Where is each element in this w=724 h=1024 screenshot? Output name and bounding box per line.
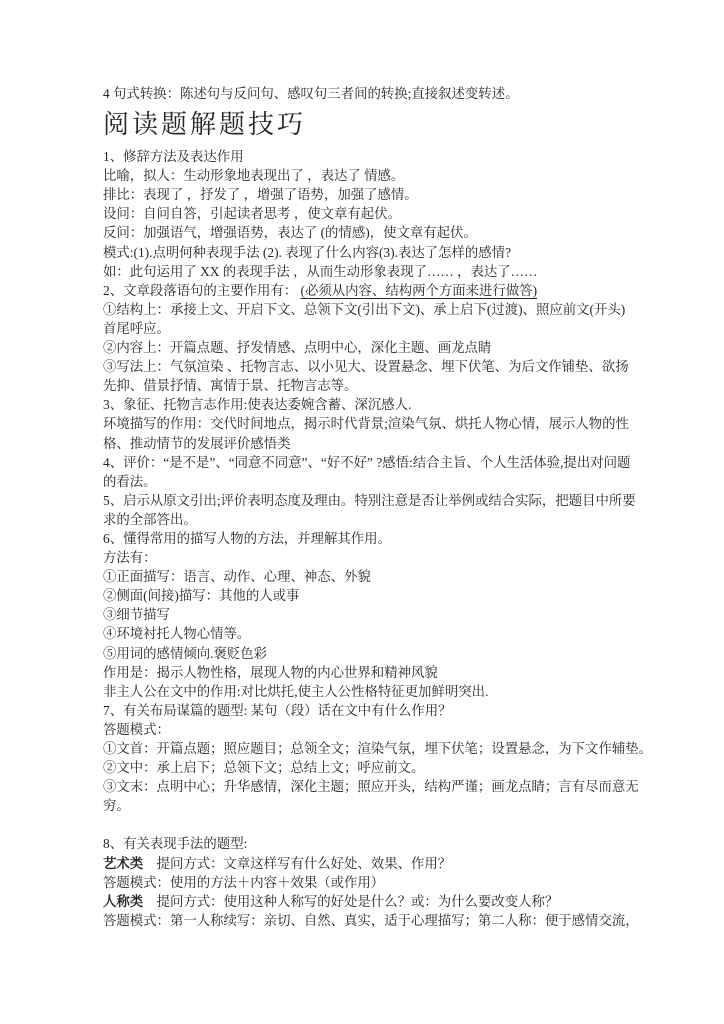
text-run: 模式:(1).点明何种表现手法 (2). 表现了什么内容(3).表达了怎样的感情… bbox=[103, 245, 511, 260]
text-run: 非主人公在文中的作用:对比烘托,使主人公性格特征更加鲜明突出. bbox=[103, 684, 488, 699]
text-run: 1、修辞方法及表达作用 bbox=[103, 149, 244, 164]
document-content: 4 句式转换：陈述句与反问句、感叹句三者间的转换;直接叙述变转述。 阅读题解题技… bbox=[103, 84, 627, 930]
pre-title-lines: 4 句式转换：陈述句与反问句、感叹句三者间的转换;直接叙述变转述。 bbox=[103, 84, 627, 103]
text-line: ②内容上：开篇点题、抒发情感、点明中心，深化主题、画龙点睛 bbox=[103, 338, 627, 357]
text-run: 穷。 bbox=[103, 798, 130, 813]
blank-line bbox=[103, 815, 627, 834]
text-line: 8、有关表现手法的题型: bbox=[103, 834, 627, 853]
text-run: 艺术类 bbox=[103, 856, 143, 871]
text-line: ②侧面(间接)描写：其他的人或事 bbox=[103, 586, 627, 605]
text-line: 排比：表现了 ，抒发了 ，增强了语势，加强了感情。 bbox=[103, 185, 627, 204]
text-run: ④环境衬托人物心情等。 bbox=[103, 626, 250, 641]
text-line: 先抑、借景抒情、寓情于景、托物言志等。 bbox=[103, 376, 627, 395]
text-line: 2、文章段落语句的主要作用有： (必须从内容、结构两个方面来进行做答) bbox=[103, 281, 627, 300]
text-run: ②侧面(间接)描写：其他的人或事 bbox=[103, 588, 299, 603]
text-line: 的看法。 bbox=[103, 472, 627, 491]
text-run: 提问方式：文章这样写有什么好处、效果、作用？ bbox=[143, 856, 451, 871]
text-line: ③文末：点明中心；升华感情，深化主题；照应开头，结构严谨；画龙点睛；言有尽而意无 bbox=[103, 777, 627, 796]
text-run: ③文末：点明中心；升华感情，深化主题；照应开头，结构严谨；画龙点睛；言有尽而意无 bbox=[103, 779, 639, 794]
text-run: ②文中：承上启下；总领下文；总结上文；呼应前文。 bbox=[103, 760, 424, 775]
text-line: 反问：加强语气，增强语势，表达了 (的情感)，使文章有起伏。 bbox=[103, 223, 627, 242]
text-run: ①结构上：承接上文、开启下文、总领下文(引出下文)、承上启下(过渡)、照应前文(… bbox=[103, 302, 625, 317]
text-run: 提问方式：使用这种人称写的好处是什么？或：为什么要改变人称？ bbox=[143, 894, 558, 909]
text-line: 环境描写的作用：交代时间地点，揭示时代背景;渲染气氛、烘托人物心情，展示人物的性 bbox=[103, 414, 627, 433]
text-line: ④环境衬托人物心情等。 bbox=[103, 624, 627, 643]
text-line: 作用是：揭示人物性格，展现人物的内心世界和精神风貌 bbox=[103, 663, 627, 682]
text-run: 反问：加强语气，增强语势，表达了 (的情感)，使文章有起伏。 bbox=[103, 225, 477, 240]
text-line: 非主人公在文中的作用:对比烘托,使主人公性格特征更加鲜明突出. bbox=[103, 682, 627, 701]
text-line: 3、象征、托物言志作用:使表达委婉含蓄、深沉感人. bbox=[103, 395, 627, 414]
text-line: ①结构上：承接上文、开启下文、总领下文(引出下文)、承上启下(过渡)、照应前文(… bbox=[103, 300, 627, 319]
text-line: ③细节描写 bbox=[103, 605, 627, 624]
text-run: 8、有关表现手法的题型: bbox=[103, 836, 247, 851]
text-line: ①文首：开篇点题；照应题目；总领全文；渲染气氛，埋下伏笔；设置悬念，为下文作辅垫… bbox=[103, 739, 627, 758]
text-run: 格、推动情节的发展评价感悟类 bbox=[103, 436, 290, 451]
text-run: 3、象征、托物言志作用:使表达委婉含蓄、深沉感人. bbox=[103, 397, 411, 412]
text-run: 先抑、借景抒情、寓情于景、托物言志等。 bbox=[103, 378, 357, 393]
text-run: 设问：自问自答，引起读者思考 ，使文章有起伏。 bbox=[103, 206, 401, 221]
text-run: ⑤用词的感情倾向.褒贬色彩 bbox=[103, 646, 267, 661]
text-run: 答题模式： bbox=[103, 722, 170, 737]
text-line: 穷。 bbox=[103, 796, 627, 815]
text-line: 1、修辞方法及表达作用 bbox=[103, 147, 627, 166]
text-line: 6、懂得常用的描写人物的方法，并理解其作用。 bbox=[103, 529, 627, 548]
text-line: 答题模式： bbox=[103, 720, 627, 739]
text-run: 4、评价：“是不是”、“同意不同意”、“好不好” ?感悟:结合主旨、个人生活体验… bbox=[103, 455, 630, 470]
text-line: 答题模式：使用的方法＋内容＋效果（或作用） bbox=[103, 873, 627, 892]
text-line: 艺术类 提问方式：文章这样写有什么好处、效果、作用？ bbox=[103, 854, 627, 873]
text-run: ③细节描写 bbox=[103, 607, 170, 622]
text-run: ③写法上：气氛渲染 、托物言志、以小见大、设置悬念、埋下伏笔、为后文作铺垫、欲扬 bbox=[103, 359, 629, 374]
text-line: 设问：自问自答，引起读者思考 ，使文章有起伏。 bbox=[103, 204, 627, 223]
text-run: 方法有： bbox=[103, 550, 157, 565]
text-line: 如：此句运用了 XX 的表现手法 ，从而生动形象表现了…… ，表达了…… bbox=[103, 262, 627, 281]
text-line: ①正面描写：语言、动作、心理、神态、外貌 bbox=[103, 567, 627, 586]
text-line: ③写法上：气氛渲染 、托物言志、以小见大、设置悬念、埋下伏笔、为后文作铺垫、欲扬 bbox=[103, 357, 627, 376]
text-line: 比喻，拟人：生动形象地表现出了 ，表达了 情感。 bbox=[103, 166, 627, 185]
text-line: 首尾呼应。 bbox=[103, 319, 627, 338]
text-run: 人称类 bbox=[103, 894, 143, 909]
text-run: 作用是：揭示人物性格，展现人物的内心世界和精神风貌 bbox=[103, 665, 438, 680]
text-run: 如：此句运用了 XX 的表现手法 ，从而生动形象表现了…… ，表达了…… bbox=[103, 264, 537, 279]
text-run: 7、有关布局谋篇的题型: 某句（段）话在文中有什么作用？ bbox=[103, 703, 452, 718]
text-line: 方法有： bbox=[103, 548, 627, 567]
text-run: 排比：表现了 ，抒发了 ，增强了语势，加强了感情。 bbox=[103, 187, 418, 202]
text-line: 4、评价：“是不是”、“同意不同意”、“好不好” ?感悟:结合主旨、个人生活体验… bbox=[103, 453, 627, 472]
text-run: (必须从内容、结构两个方面来进行做答) bbox=[301, 283, 538, 298]
text-line: 模式:(1).点明何种表现手法 (2). 表现了什么内容(3).表达了怎样的感情… bbox=[103, 243, 627, 262]
text-run: ①正面描写：语言、动作、心理、神态、外貌 bbox=[103, 569, 371, 584]
text-line: 4 句式转换：陈述句与反问句、感叹句三者间的转换;直接叙述变转述。 bbox=[103, 84, 627, 103]
text-line: 7、有关布局谋篇的题型: 某句（段）话在文中有什么作用？ bbox=[103, 701, 627, 720]
text-run: 5、启示从原文引出;评价表明态度及理由。特别注意是否让举例或结合实际，把题目中所… bbox=[103, 493, 636, 508]
text-line: 格、推动情节的发展评价感悟类 bbox=[103, 434, 627, 453]
document-page: 4 句式转换：陈述句与反问句、感叹句三者间的转换;直接叙述变转述。 阅读题解题技… bbox=[0, 0, 724, 1024]
text-run: 比喻，拟人：生动形象地表现出了 ，表达了 情感。 bbox=[103, 168, 404, 183]
text-run: 6、懂得常用的描写人物的方法，并理解其作用。 bbox=[103, 531, 391, 546]
text-run: 首尾呼应。 bbox=[103, 321, 170, 336]
text-run: 答题模式：使用的方法＋内容＋效果（或作用） bbox=[103, 875, 384, 890]
text-run: ②内容上：开篇点题、抒发情感、点明中心，深化主题、画龙点睛 bbox=[103, 340, 491, 355]
text-run: 4 句式转换：陈述句与反问句、感叹句三者间的转换;直接叙述变转述。 bbox=[103, 86, 518, 101]
text-run: 环境描写的作用：交代时间地点，揭示时代背景;渲染气氛、烘托人物心情，展示人物的性 bbox=[103, 416, 629, 431]
text-line: 5、启示从原文引出;评价表明态度及理由。特别注意是否让举例或结合实际，把题目中所… bbox=[103, 491, 627, 510]
text-run: 答题模式：第一人称续写：亲切、自然、真实，适于心理描写；第二人称：便于感情交流， bbox=[103, 913, 639, 928]
text-line: 人称类 提问方式：使用这种人称写的好处是什么？或：为什么要改变人称？ bbox=[103, 892, 627, 911]
text-line: 求的全部答出。 bbox=[103, 510, 627, 529]
text-run: 的看法。 bbox=[103, 474, 157, 489]
text-run: 2、文章段落语句的主要作用有： bbox=[103, 283, 301, 298]
text-line: ⑤用词的感情倾向.褒贬色彩 bbox=[103, 644, 627, 663]
text-line: 答题模式：第一人称续写：亲切、自然、真实，适于心理描写；第二人称：便于感情交流， bbox=[103, 911, 627, 930]
text-line: ②文中：承上启下；总领下文；总结上文；呼应前文。 bbox=[103, 758, 627, 777]
document-body: 1、修辞方法及表达作用比喻，拟人：生动形象地表现出了 ，表达了 情感。排比：表现… bbox=[103, 147, 627, 930]
text-run: ①文首：开篇点题；照应题目；总领全文；渲染气氛，埋下伏笔；设置悬念，为下文作辅垫… bbox=[103, 741, 652, 756]
document-title: 阅读题解题技巧 bbox=[103, 109, 627, 141]
text-run: 求的全部答出。 bbox=[103, 512, 197, 527]
